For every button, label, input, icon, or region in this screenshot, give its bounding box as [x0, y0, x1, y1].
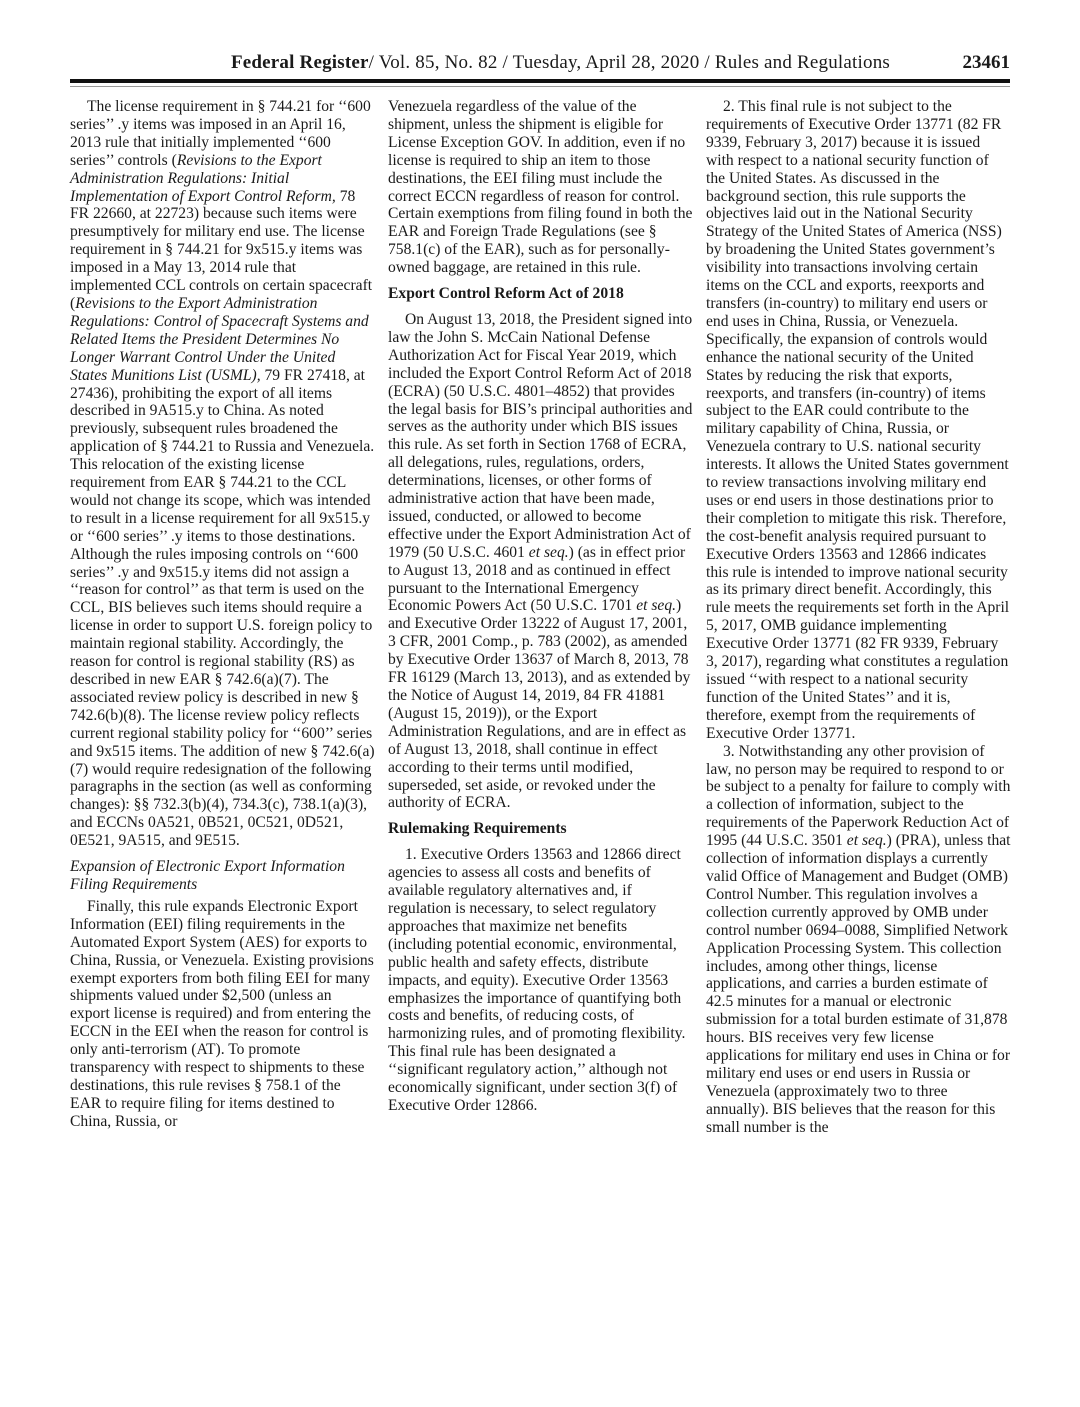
text-run: 1. Executive Orders 13563 and 12866 dire…	[388, 846, 685, 1114]
paragraph: 2. This final rule is not subject to the…	[706, 98, 1011, 743]
publication-title: Federal Register	[231, 52, 369, 73]
column-2: Venezuela regardless of the value of the…	[388, 98, 693, 1115]
section-heading: Export Control Reform Act of 2018	[388, 285, 693, 303]
section-heading: Expansion of Electronic Export Informati…	[70, 858, 375, 894]
text-run: Venezuela regardless of the value of the…	[388, 98, 692, 276]
running-head: Federal Register/ Vol. 85, No. 82 / Tues…	[231, 50, 890, 76]
column-1: The license requirement in § 744.21 for …	[70, 98, 375, 1131]
section-heading: Rulemaking Requirements	[388, 820, 693, 838]
text-run: On August 13, 2018, the President signed…	[388, 311, 692, 561]
header-rule-thin	[70, 86, 1010, 87]
italic-text: et seq.	[636, 597, 676, 614]
paragraph: Finally, this rule expands Electronic Ex…	[70, 898, 375, 1131]
text-run: ) (PRA), unless that collection of infor…	[706, 832, 1011, 1136]
paragraph: 3. Notwithstanding any other provision o…	[706, 743, 1011, 1137]
paragraph: The license requirement in § 744.21 for …	[70, 98, 375, 850]
paragraph: On August 13, 2018, the President signed…	[388, 311, 693, 812]
italic-text: et seq.	[529, 544, 569, 561]
text-run: 79 FR 27418, at 27436), prohibiting the …	[70, 367, 375, 850]
text-run: 78 FR 22660, at 22723) because such item…	[70, 188, 372, 312]
page-number: 23461	[963, 50, 1011, 76]
paragraph: Venezuela regardless of the value of the…	[388, 98, 693, 277]
header-rule-thick	[70, 79, 1010, 83]
italic-text: et seq.	[847, 832, 887, 849]
paragraph: 1. Executive Orders 13563 and 12866 dire…	[388, 846, 693, 1115]
page-header: Federal Register/ Vol. 85, No. 82 / Tues…	[70, 50, 1010, 76]
text-run: Finally, this rule expands Electronic Ex…	[70, 898, 374, 1130]
issue-info: / Vol. 85, No. 82 / Tuesday, April 28, 2…	[369, 52, 890, 73]
text-run: 2. This final rule is not subject to the…	[706, 98, 1009, 742]
text-run: ) and Executive Order 13222 of August 17…	[388, 597, 690, 811]
column-3: 2. This final rule is not subject to the…	[706, 98, 1011, 1137]
